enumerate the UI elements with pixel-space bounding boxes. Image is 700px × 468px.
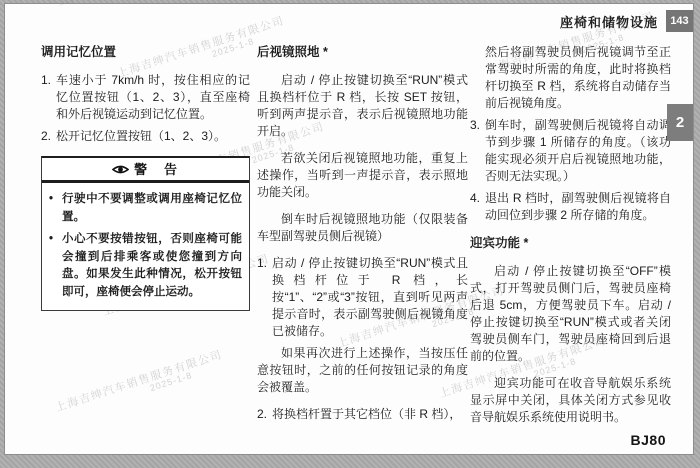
watermark: 上海吉绅汽车销售服务有限公司2025-1-8 <box>55 0 229 17</box>
watermark-company: 上海吉绅汽车销售服务有限公司 <box>255 0 426 7</box>
watermark-company: 上海吉绅汽车销售服务有限公司 <box>53 346 224 415</box>
watermark-company: 上海吉绅汽车销售服务有限公司 <box>603 0 700 5</box>
list-item: 2. 将换档杆置于其它档位（非 R 档）， <box>257 406 468 423</box>
list-number: 1. <box>257 255 272 340</box>
watermark-date: 2025-1-8 <box>149 359 227 393</box>
warning-eye-icon <box>112 164 129 175</box>
section-heading-mirror-ground: 后视镜照地 * <box>257 44 468 61</box>
list-text: 倒车时，副驾驶侧后视镜将自动调节到步骤 1 所储存的角度。（该功能实现必须开启后… <box>485 117 671 185</box>
column-middle: 后视镜照地 * 启动 / 停止按键切换至“RUN”模式且换档杆位于 R 档，长按… <box>257 44 468 428</box>
warning-body: • 行驶中不要调整或调用座椅记忆位置。 • 小心不要按错按钮，否则座椅可能会撞到… <box>42 183 249 310</box>
list-item: 1. 车速小于 7km/h 时，按住相应的记忆位置按钮（1、2、3），直至座椅和… <box>41 72 250 123</box>
page-number-badge: 143 <box>666 10 693 32</box>
paragraph: 迎宾功能可在收音导航娱乐系统显示屏中关闭，具体关闭方式参见收音导航娱乐系统使用说… <box>470 375 671 426</box>
list-number: 3. <box>470 117 485 185</box>
list-number: 2. <box>41 128 56 145</box>
list-item: 4. 退出 R 档时，副驾驶侧后视镜将自动回位到步骤 2 所存储的角度。 <box>470 190 671 224</box>
list-text: 松开记忆位置按钮（1、2、3）。 <box>56 128 250 145</box>
paragraph: 启动 / 停止按键切换至“OFF”模式，打开驾驶员侧门后，驾驶员座椅后退 5cm… <box>470 263 671 365</box>
list-number: 4. <box>470 190 485 224</box>
paragraph: 倒车时后视镜照地功能（仅限装备车型副驾驶员侧后视镜） <box>257 211 468 245</box>
paragraph: 启动 / 停止按键切换至“RUN”模式且换档杆位于 R 档，长按 SET 按钮，… <box>257 72 468 140</box>
page-header: 座椅和储物设施 143 <box>560 10 693 32</box>
warning-box: 警 告 • 行驶中不要调整或调用座椅记忆位置。 • 小心不要按错按钮，否则座椅可… <box>41 156 250 311</box>
list-continuation: 然后将副驾驶员侧后视镜调节至正常驾驶时所需的角度，此时将换档杆切换至 R 档，系… <box>470 44 671 112</box>
list-item: 1. 启动 / 停止按键切换至“RUN”模式且换档杆位于 R 档，长按“1”、“… <box>257 255 468 340</box>
list-text: 退出 R 档时，副驾驶侧后视镜将自动回位到步骤 2 所存储的角度。 <box>485 190 671 224</box>
column-left: 调用记忆位置 1. 车速小于 7km/h 时，按住相应的记忆位置按钮（1、2、3… <box>41 44 250 311</box>
warning-bullet: • 小心不要按错按钮，否则座椅可能会撞到后排乘客或使您撞到方向盘。如果发生此种情… <box>49 231 242 301</box>
paragraph: 若欲关闭后视镜照地功能，重复上述操作，当听到一声提示音，表示照地功能关闭。 <box>257 150 468 201</box>
watermark: 上海吉绅汽车销售服务有限公司2025-1-8 <box>255 0 429 15</box>
bullet-dot: • <box>49 191 62 226</box>
warning-title: 警 告 <box>134 161 179 178</box>
bullet-dot: • <box>49 231 62 301</box>
warning-header: 警 告 <box>42 158 249 183</box>
list-text: 将换档杆置于其它档位（非 R 档）， <box>272 406 468 423</box>
paragraph: 如果再次进行上述操作，当按压任意按钮时，之前的任何按钮记录的角度会被覆盖。 <box>257 345 468 396</box>
manual-page: 上海吉绅汽车销售服务有限公司2025-1-8 上海吉绅汽车销售服务有限公司202… <box>4 3 694 455</box>
section-heading-welcome-function: 迎宾功能 * <box>470 235 671 252</box>
list-item: 2. 松开记忆位置按钮（1、2、3）。 <box>41 128 250 145</box>
list-text: 车速小于 7km/h 时，按住相应的记忆位置按钮（1、2、3），直至座椅和外后视… <box>56 72 250 123</box>
list-number: 1. <box>41 72 56 123</box>
watermark-company: 上海吉绅汽车销售服务有限公司 <box>55 0 226 9</box>
list-number: 2. <box>257 406 272 423</box>
watermark: 上海吉绅汽车销售服务有限公司2025-1-8 <box>53 346 227 423</box>
section-heading-recall-memory: 调用记忆位置 <box>41 44 250 61</box>
warning-text: 行驶中不要调整或调用座椅记忆位置。 <box>62 191 242 226</box>
model-code: BJ80 <box>631 432 666 448</box>
chapter-title: 座椅和储物设施 <box>560 12 658 31</box>
warning-text: 小心不要按错按钮，否则座椅可能会撞到后排乘客或使您撞到方向盘。如果发生此种情况，… <box>62 231 242 301</box>
chapter-tab: 2 <box>667 104 693 141</box>
list-item: 3. 倒车时，副驾驶侧后视镜将自动调节到步骤 1 所储存的角度。（该功能实现必须… <box>470 117 671 185</box>
list-text: 启动 / 停止按键切换至“RUN”模式且换档杆位于 R 档，长按“1”、“2”或… <box>272 255 468 340</box>
warning-bullet: • 行驶中不要调整或调用座椅记忆位置。 <box>49 191 242 226</box>
column-right: 然后将副驾驶员侧后视镜调节至正常驾驶时所需的角度，此时将换档杆切换至 R 档，系… <box>470 44 671 436</box>
